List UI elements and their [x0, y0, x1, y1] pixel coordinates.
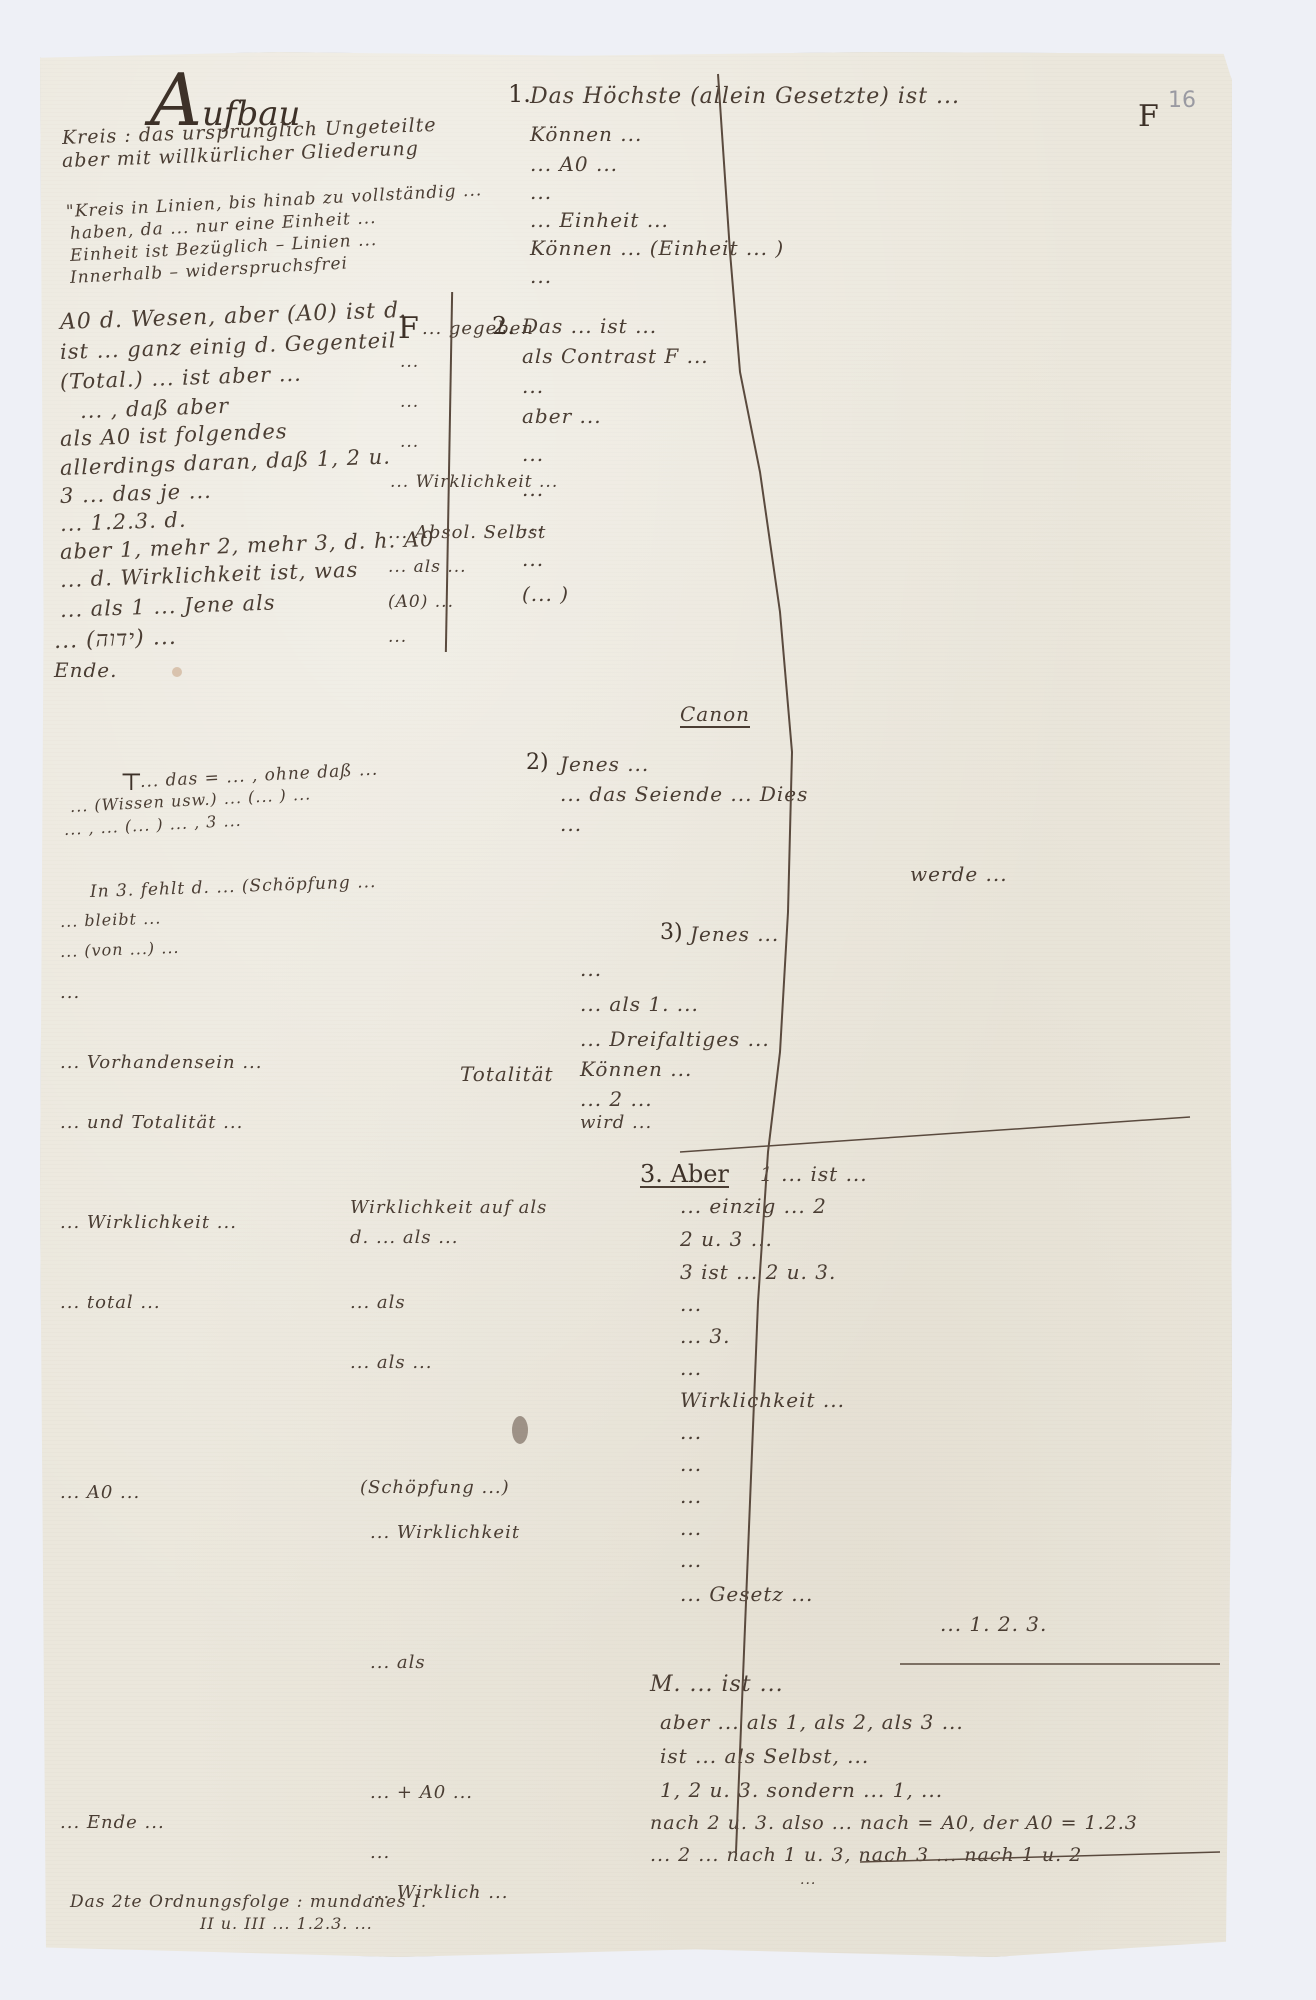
- manuscript-line: Wirklichkeit auf als: [350, 1197, 547, 1218]
- side-note: Totalität: [460, 1062, 554, 1086]
- manuscript-line: ... A0 ...: [60, 1482, 140, 1503]
- manuscript-line: ... total ...: [60, 1292, 161, 1313]
- manuscript-line: d. ... als ...: [350, 1227, 458, 1248]
- manuscript-line: ... + A0 ...: [370, 1782, 473, 1803]
- manuscript-line: II u. III ... 1.2.3. ...: [200, 1914, 373, 1933]
- manuscript-line: ... Wirklichkeit: [370, 1522, 520, 1543]
- manuscript-page: 16 F Aufbau Kreis : das ursprünglich Ung…: [40, 52, 1232, 1957]
- manuscript-line: (Schöpfung ...): [360, 1477, 510, 1498]
- manuscript-line: ... Ende ...: [60, 1812, 165, 1833]
- manuscript-line: ...: [60, 982, 80, 1003]
- manuscript-line: ... als: [370, 1652, 426, 1673]
- manuscript-line: ... bleibt ...: [60, 908, 162, 931]
- manuscript-line: ... als ...: [350, 1352, 433, 1373]
- manuscript-line: ... Wirklichkeit ...: [60, 1212, 237, 1233]
- manuscript-line: ... und Totalität ...: [60, 1112, 243, 1133]
- manuscript-line: ...: [370, 1842, 390, 1863]
- manuscript-line: ... als: [350, 1292, 406, 1313]
- manuscript-line: ... Wirklich ...: [370, 1882, 508, 1903]
- vertical-ink-line: [40, 52, 1232, 1957]
- manuscript-line: ... Vorhandensein ...: [60, 1052, 263, 1073]
